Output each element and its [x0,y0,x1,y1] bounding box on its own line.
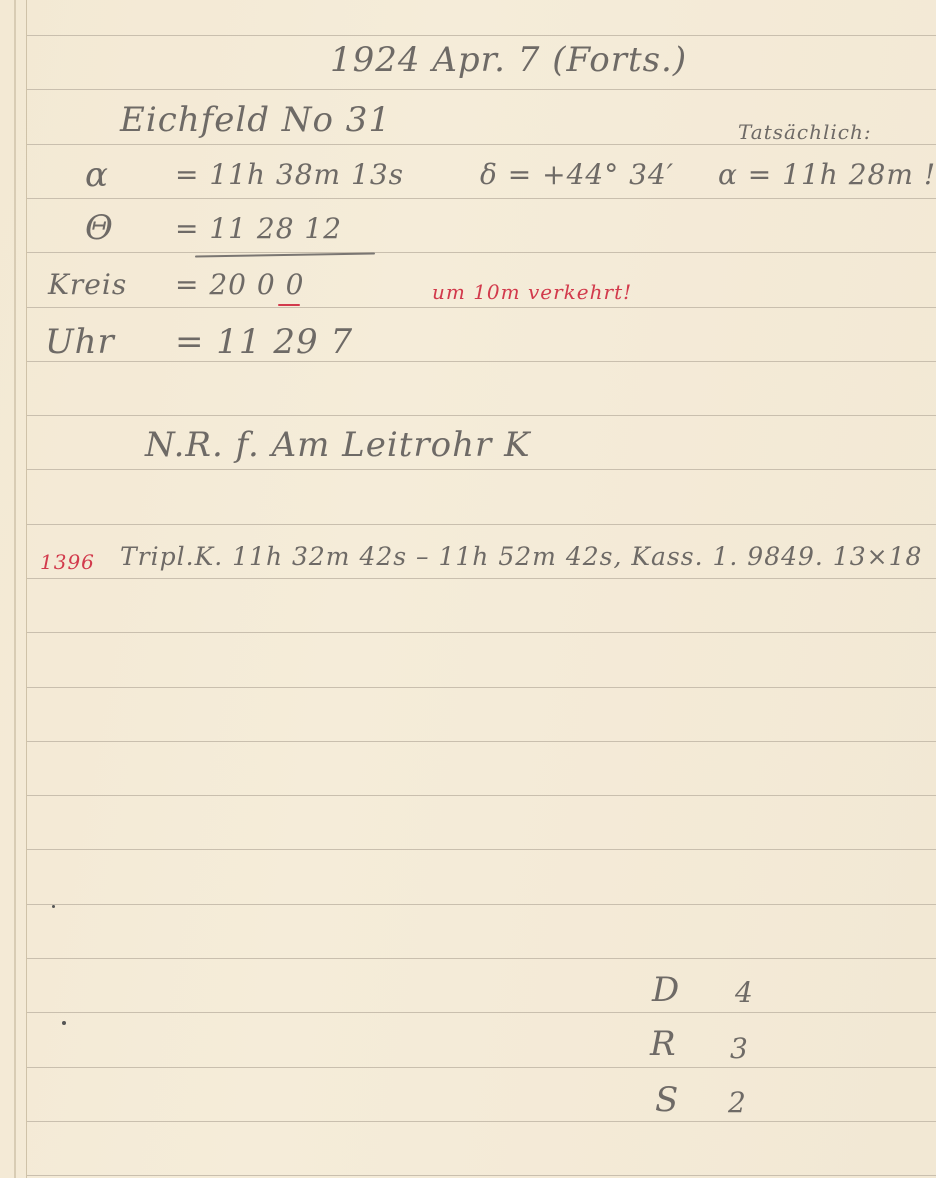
ruled-line [27,35,936,36]
sum-underline [195,252,375,257]
ruled-line [27,1012,936,1013]
rating-value-d: 4 [735,976,754,1009]
rating-label-r: R [650,1024,677,1064]
actual-note: Tatsächlich: [738,120,872,144]
entry-text: Tripl.K. 11h 32m 42s – 11h 52m 42s, Kass… [120,542,922,571]
ruled-line [27,524,936,525]
rating-value-s: 2 [728,1086,747,1119]
ruled-line [27,849,936,850]
ruled-line [27,687,936,688]
paper-speck [52,905,55,908]
rating-label-s: S [655,1080,679,1120]
page-date: 1924 Apr. 7 (Forts.) [330,40,687,80]
rating-label-d: D [652,970,680,1010]
ruled-line [27,741,936,742]
ruled-line [27,415,936,416]
uhr-value: = 11 29 7 [175,322,353,362]
ruled-line [27,904,936,905]
ruled-line [27,1121,936,1122]
alpha-label: α [85,155,109,195]
ruled-line [27,578,936,579]
ruled-line [27,1175,936,1176]
paper-speck [62,1021,66,1025]
ruled-line [27,632,936,633]
kreis-correction: um 10m verkehrt! [432,280,632,304]
uhr-label: Uhr [45,322,115,362]
binding-edge [14,0,16,1178]
ruled-line [27,1067,936,1068]
kreis-value: = 20 0 0 [175,268,304,301]
ruled-line [27,795,936,796]
plate-number: 1396 [40,550,95,574]
ruled-line [27,89,936,90]
ruled-line [27,252,936,253]
red-underline [278,304,300,306]
delta-value: δ = +44° 34′ [480,158,674,191]
theta-label: Θ [85,208,114,248]
ruled-line [27,469,936,470]
margin-line [26,0,27,1178]
ruled-line [27,144,936,145]
actual-alpha: α = 11h 28m ! [718,158,936,191]
ruled-line [27,198,936,199]
alpha-value: = 11h 38m 13s [175,158,404,191]
ruled-line [27,958,936,959]
field-title: Eichfeld No 31 [120,100,391,140]
notebook-page: 1924 Apr. 7 (Forts.) Eichfeld No 31 α = … [0,0,936,1178]
theta-value: = 11 28 12 [175,212,342,245]
ruled-line [27,361,936,362]
rating-value-r: 3 [730,1032,749,1065]
ruled-line [27,307,936,308]
kreis-label: Kreis [48,268,127,301]
note-line: N.R. f. Am Leitrohr K [145,425,531,465]
